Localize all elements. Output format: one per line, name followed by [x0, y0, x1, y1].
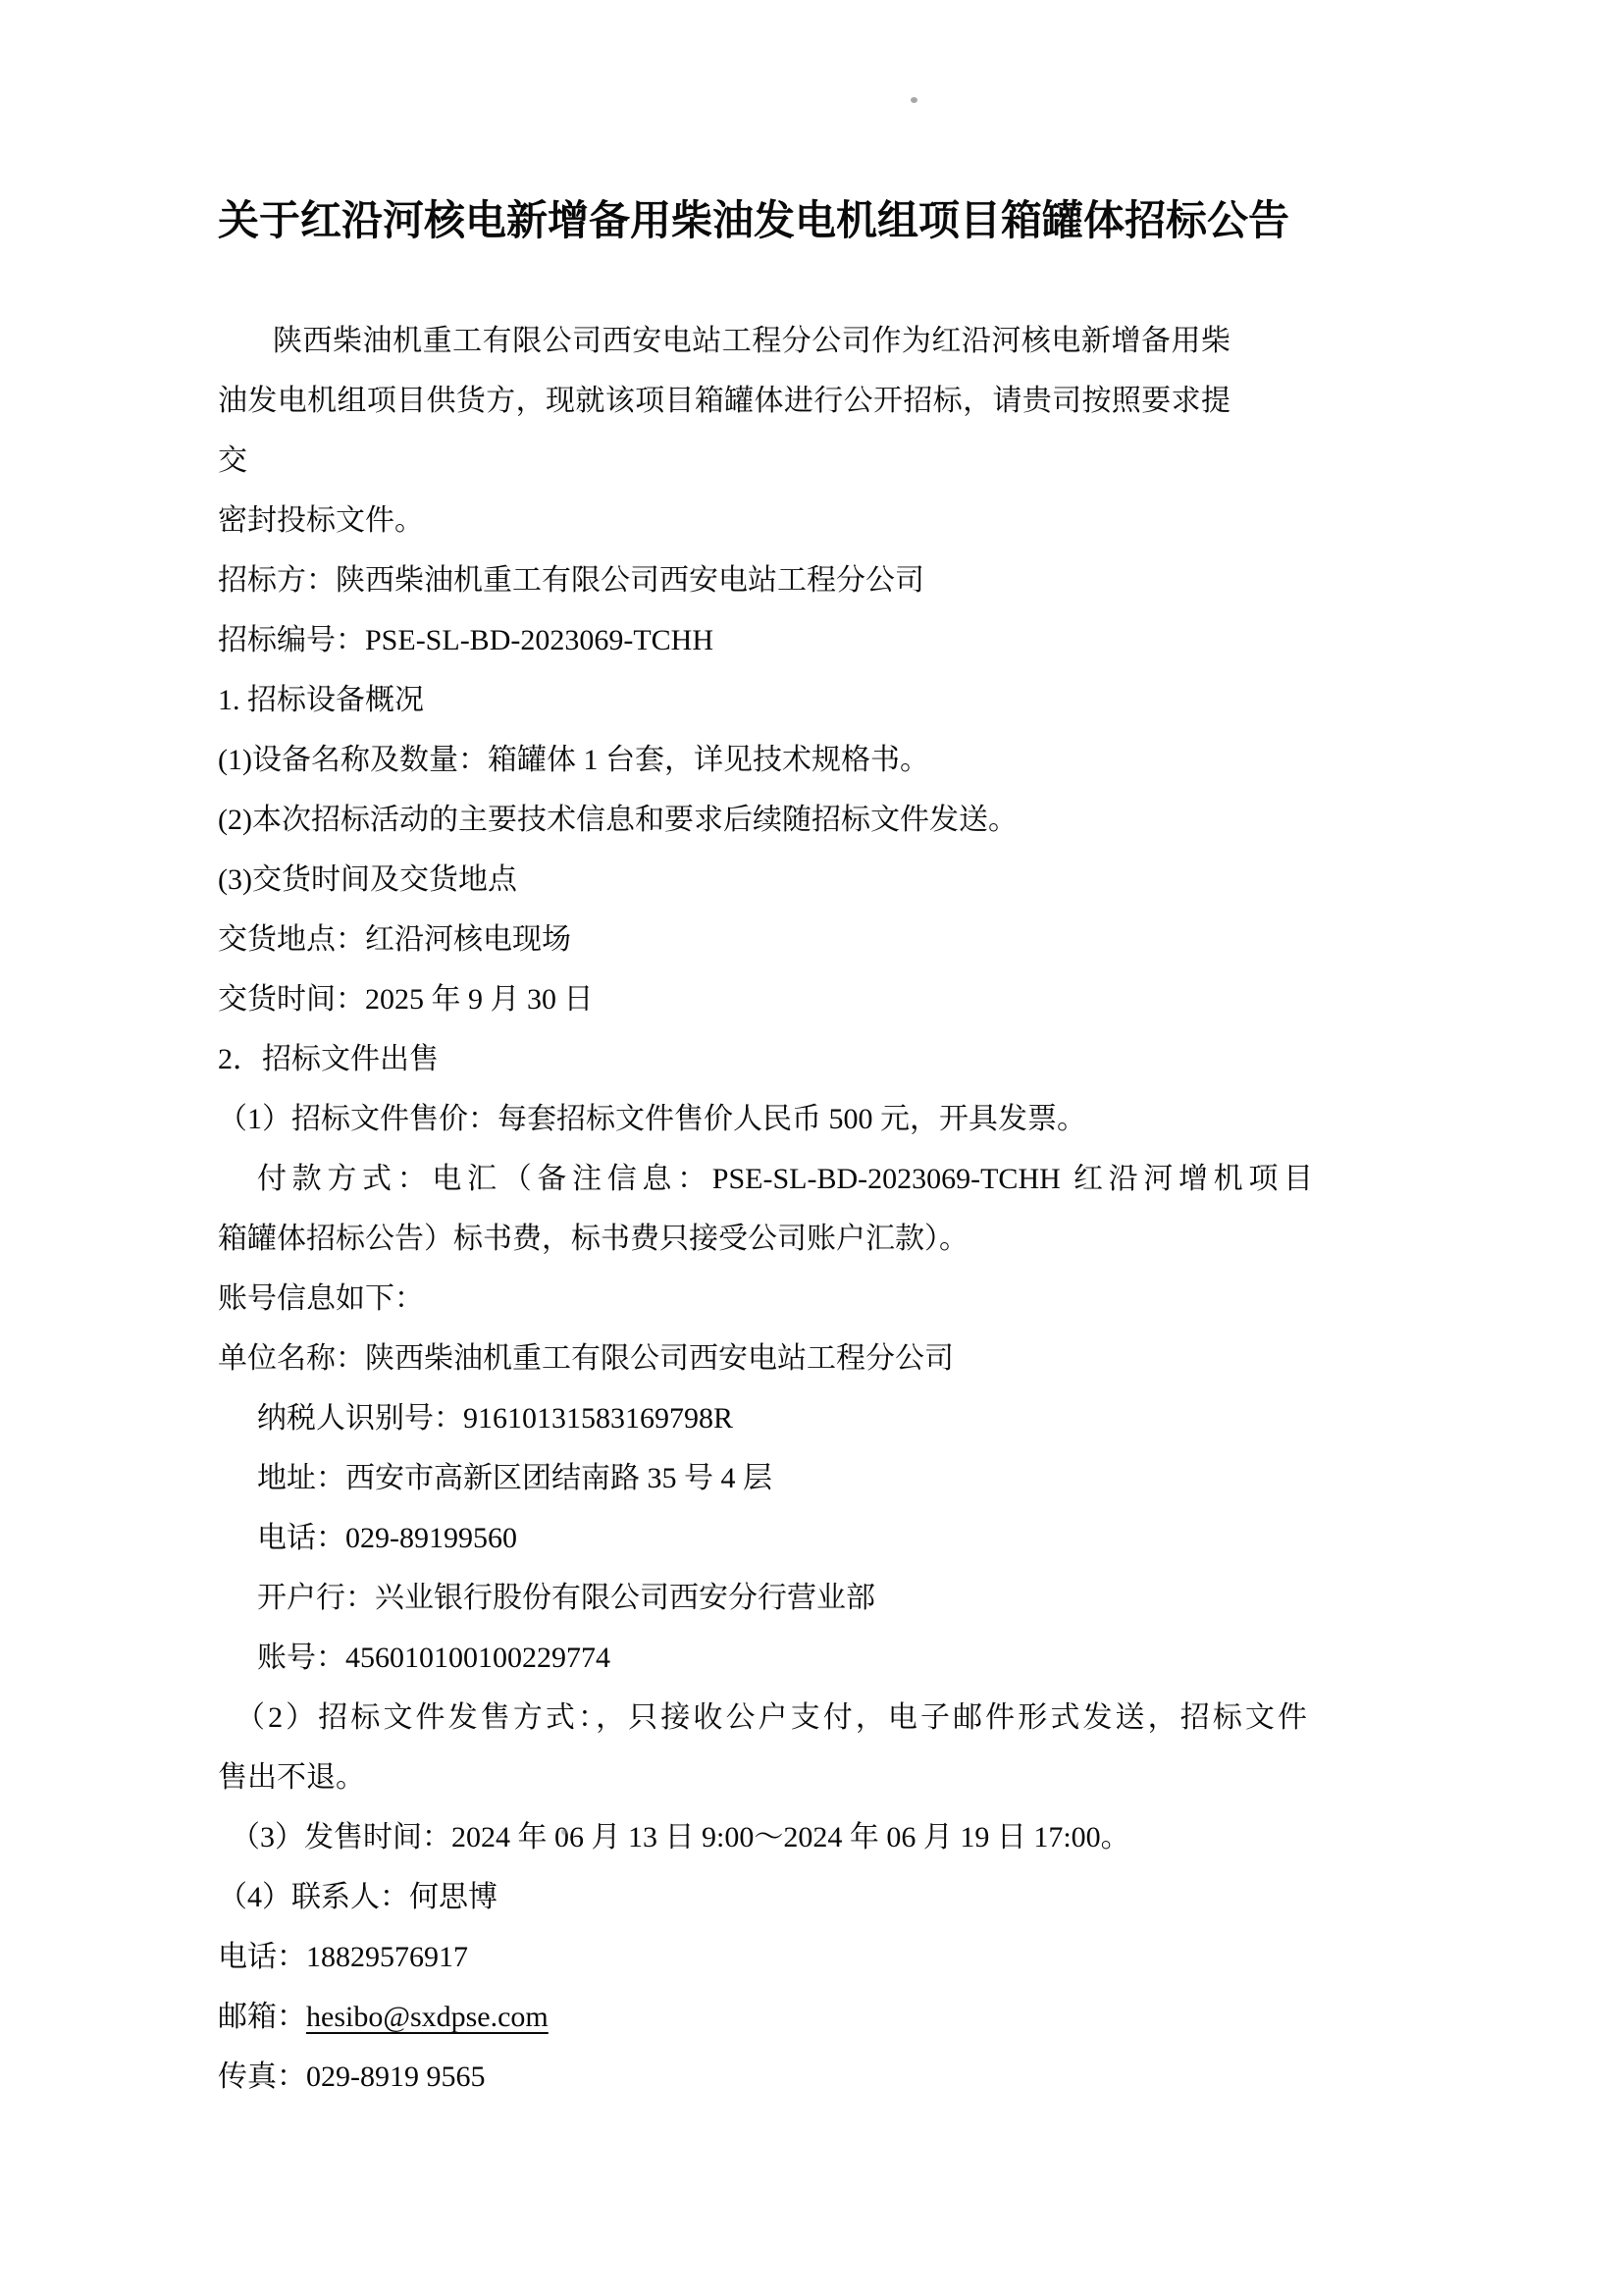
delivery-heading-line: (3)交货时间及交货地点: [218, 850, 1302, 910]
intro-line-1: 陕西柴油机重工有限公司西安电站工程分公司作为红沿河核电新增备用柴: [218, 311, 1230, 371]
document-page: 关于红沿河核电新增备用柴油发电机组项目箱罐体招标公告 陕西柴油机重工有限公司西安…: [0, 0, 1623, 2296]
taxpayer-id-line: 纳税人识别号：91610131583169798R: [218, 1388, 1302, 1448]
sale-time-line: （3）发售时间：2024 年 06 月 13 日 9:00～2024 年 06 …: [218, 1807, 1302, 1867]
equipment-name-line: (1)设备名称及数量：箱罐体 1 台套，详见技术规格书。: [218, 730, 1302, 790]
address-line: 地址：西安市高新区团结南路 35 号 4 层: [218, 1448, 1302, 1508]
scan-artifact-dot: [911, 97, 917, 103]
technical-info-line: (2)本次招标活动的主要技术信息和要求后续随招标文件发送。: [218, 790, 1302, 850]
sale-method-line-2: 售出不退。: [218, 1748, 1302, 1807]
company-name-line: 单位名称：陕西柴油机重工有限公司西安电站工程分公司: [218, 1329, 1302, 1388]
tender-number-line: 招标编号：PSE-SL-BD-2023069-TCHH: [218, 610, 1302, 670]
delivery-time-line: 交货时间：2025 年 9 月 30 日: [218, 969, 1302, 1029]
phone-line: 电话：029-89199560: [218, 1508, 1302, 1568]
document-body: 陕西柴油机重工有限公司西安电站工程分公司作为红沿河核电新增备用柴 油发电机组项目…: [218, 311, 1302, 2107]
tenderer-line: 招标方：陕西柴油机重工有限公司西安电站工程分公司: [218, 550, 1302, 610]
account-number-line: 账号：456010100100229774: [218, 1628, 1302, 1688]
intro-line-3: 密封投标文件。: [218, 491, 1302, 550]
email-label: 邮箱：: [218, 2001, 306, 2033]
section-1-heading: 1. 招标设备概况: [218, 670, 1302, 730]
fax-line: 传真：029-8919 9565: [218, 2047, 1302, 2107]
email-link[interactable]: hesibo@sxdpse.com: [306, 2001, 549, 2033]
account-info-heading: 账号信息如下：: [218, 1269, 1302, 1329]
section-2-heading: 2．招标文件出售: [218, 1029, 1302, 1089]
delivery-location-line: 交货地点：红沿河核电现场: [218, 910, 1302, 969]
contact-email-line: 邮箱：hesibo@sxdpse.com: [218, 1987, 1302, 2047]
document-price-line: （1）招标文件售价：每套招标文件售价人民币 500 元，开具发票。: [218, 1089, 1302, 1149]
scan-artifact-dot: [561, 1829, 567, 1835]
sale-method-line-1: （2）招标文件发售方式：，只接收公户支付，电子邮件形式发送，招标文件: [218, 1688, 1307, 1748]
contact-phone-line: 电话：18829576917: [218, 1927, 1302, 1987]
payment-method-line-2: 箱罐体招标公告）标书费，标书费只接受公司账户汇款）。: [218, 1209, 1302, 1269]
payment-method-line-1: 付款方式：电汇（备注信息：PSE-SL-BD-2023069-TCHH 红沿河增…: [218, 1149, 1313, 1209]
intro-line-2: 油发电机组项目供货方，现就该项目箱罐体进行公开招标，请贵司按照要求提交: [218, 371, 1230, 491]
contact-person-line: （4）联系人：何思博: [218, 1867, 1302, 1927]
bank-line: 开户行：兴业银行股份有限公司西安分行营业部: [218, 1568, 1302, 1628]
page-title: 关于红沿河核电新增备用柴油发电机组项目箱罐体招标公告: [218, 188, 1289, 247]
